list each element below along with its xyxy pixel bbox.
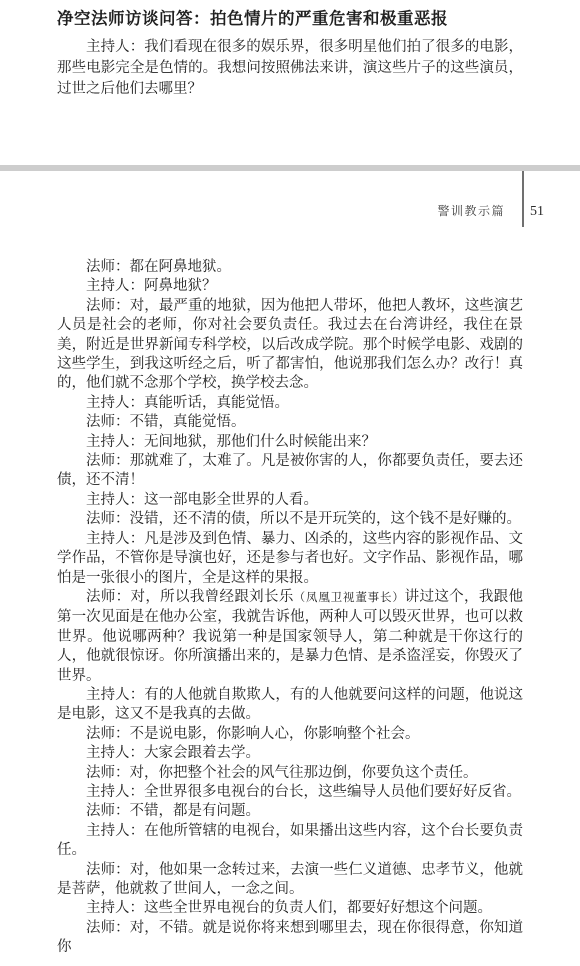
dialogue-paragraph: 主持人：在他所管辖的电视台，如果播出这些内容，这个台长要负责任。	[57, 822, 523, 861]
dialogue-paragraph: 主持人：这一部电影全世界的人看。	[57, 491, 523, 510]
dialogue-paragraph: 法师：对，不错。就是说你将来想到哪里去，现在你很得意，你知道你	[57, 919, 523, 958]
dialogue-paragraph: 主持人：有的人他就自欺欺人，有的人他就要问这样的问题，他说这是电影，这又不是我真…	[57, 686, 523, 725]
dialogue-text: 法师：不错，都是有问题。	[86, 803, 260, 819]
dialogue-text: 法师：对，最严重的地狱，因为他把人带坏，他把人教坏，这些演艺人员是社会的老师，你…	[57, 298, 523, 392]
dialogue-text: 主持人：在他所管辖的电视台，如果播出这些内容，这个台长要负责任。	[57, 823, 523, 858]
running-header-section-title: 警训教示篇	[437, 202, 505, 219]
dialogue-body: 法师：都在阿鼻地狱。主持人：阿鼻地狱？法师：对，最严重的地狱，因为他把人带坏，他…	[57, 258, 523, 958]
dialogue-paragraph: 法师：不错，真能觉悟。	[57, 413, 523, 432]
dialogue-paragraph: 主持人：真能听话，真能觉悟。	[57, 394, 523, 413]
article-title: 净空法师访谈问答：拍色情片的严重危害和极重恶报	[57, 8, 523, 30]
dialogue-paragraph: 法师：对，他如果一念转过来，去演一些仁义道德、忠孝节义，他就是菩萨，他就救了世间…	[57, 861, 523, 900]
dialogue-text: 法师：都在阿鼻地狱。	[86, 259, 231, 275]
dialogue-paragraph: 法师：对，你把整个社会的风气往那边倒，你要负这个责任。	[57, 764, 523, 783]
dialogue-paragraph: 主持人：阿鼻地狱？	[57, 277, 523, 296]
dialogue-text: 法师：对，不错。就是说你将来想到哪里去，现在你很得意，你知道你	[57, 920, 523, 955]
dialogue-text: 法师：对，他如果一念转过来，去演一些仁义道德、忠孝节义，他就是菩萨，他就救了世间…	[57, 862, 523, 897]
dialogue-paragraph: 主持人：凡是涉及到色情、暴力、凶杀的，这些内容的影视作品、文学作品，不管你是导演…	[57, 530, 523, 588]
dialogue-paragraph: 主持人：无间地狱，那他们什么时候能出来？	[57, 433, 523, 452]
scanned-book-page: { "colors":{ "text":"#1f1f1f", "divider"…	[0, 0, 580, 966]
dialogue-paragraph: 主持人：大家会跟着去学。	[57, 744, 523, 763]
header-divider-line	[522, 171, 524, 227]
dialogue-text: 法师：没错，还不清的债，所以不是开玩笑的，这个钱不是好赚的。	[86, 511, 521, 527]
dialogue-paragraph: 法师：都在阿鼻地狱。	[57, 258, 523, 277]
page-number: 51	[530, 204, 544, 220]
dialogue-paragraph: 法师：不是说电影，你影响人心，你影响整个社会。	[57, 725, 523, 744]
lead-paragraph: 主持人：我们看现在很多的娱乐界，很多明星他们拍了很多的电影，那些电影完全是色情的…	[57, 37, 523, 100]
dialogue-paragraph: 法师：对，最严重的地狱，因为他把人带坏，他把人教坏，这些演艺人员是社会的老师，你…	[57, 297, 523, 394]
dialogue-text: 主持人：凡是涉及到色情、暴力、凶杀的，这些内容的影视作品、文学作品，不管你是导演…	[57, 531, 523, 586]
dialogue-text: 主持人：阿鼻地狱？	[86, 278, 217, 294]
dialogue-text: 主持人：这一部电影全世界的人看。	[86, 492, 318, 508]
dialogue-paragraph: 法师：对，所以我曾经跟刘长乐（凤凰卫视董事长）讲过这个，我跟他第一次见面是在他办…	[57, 588, 523, 686]
dialogue-text: 主持人：大家会跟着去学。	[86, 745, 260, 761]
dialogue-paragraph: 主持人：这些全世界电视台的负责人们，都要好好想这个问题。	[57, 899, 523, 918]
dialogue-paragraph: 法师：那就难了，太难了。凡是被你害的人，你都要负责任，要去还债，还不清！	[57, 452, 523, 491]
dialogue-text: 主持人：全世界很多电视台的台长，这些编导人员他们要好好反省。	[86, 784, 521, 800]
dialogue-text: 法师：不错，真能觉悟。	[86, 414, 246, 430]
dialogue-paragraph: 法师：不错，都是有问题。	[57, 802, 523, 821]
dialogue-text: 主持人：无间地狱，那他们什么时候能出来？	[86, 434, 376, 450]
previous-page-bottom: 净空法师访谈问答：拍色情片的严重危害和极重恶报 主持人：我们看现在很多的娱乐界，…	[0, 0, 580, 165]
running-header: 警训教示篇 51	[0, 171, 580, 227]
parenthetical-note: （凤凰卫视董事长）	[294, 592, 405, 604]
dialogue-text: 主持人：真能听话，真能觉悟。	[86, 395, 289, 411]
dialogue-paragraph: 法师：没错，还不清的债，所以不是开玩笑的，这个钱不是好赚的。	[57, 510, 523, 529]
dialogue-text: 主持人：这些全世界电视台的负责人们，都要好好想这个问题。	[86, 900, 492, 916]
dialogue-text: 法师：对，你把整个社会的风气往那边倒，你要负这个责任。	[86, 765, 478, 781]
dialogue-paragraph: 主持人：全世界很多电视台的台长，这些编导人员他们要好好反省。	[57, 783, 523, 802]
dialogue-text: 法师：对，所以我曾经跟刘长乐	[86, 589, 294, 605]
dialogue-text: 主持人：有的人他就自欺欺人，有的人他就要问这样的问题，他说这是电影，这又不是我真…	[57, 687, 523, 722]
dialogue-text: 法师：不是说电影，你影响人心，你影响整个社会。	[86, 726, 420, 742]
dialogue-text: 法师：那就难了，太难了。凡是被你害的人，你都要负责任，要去还债，还不清！	[57, 453, 523, 488]
